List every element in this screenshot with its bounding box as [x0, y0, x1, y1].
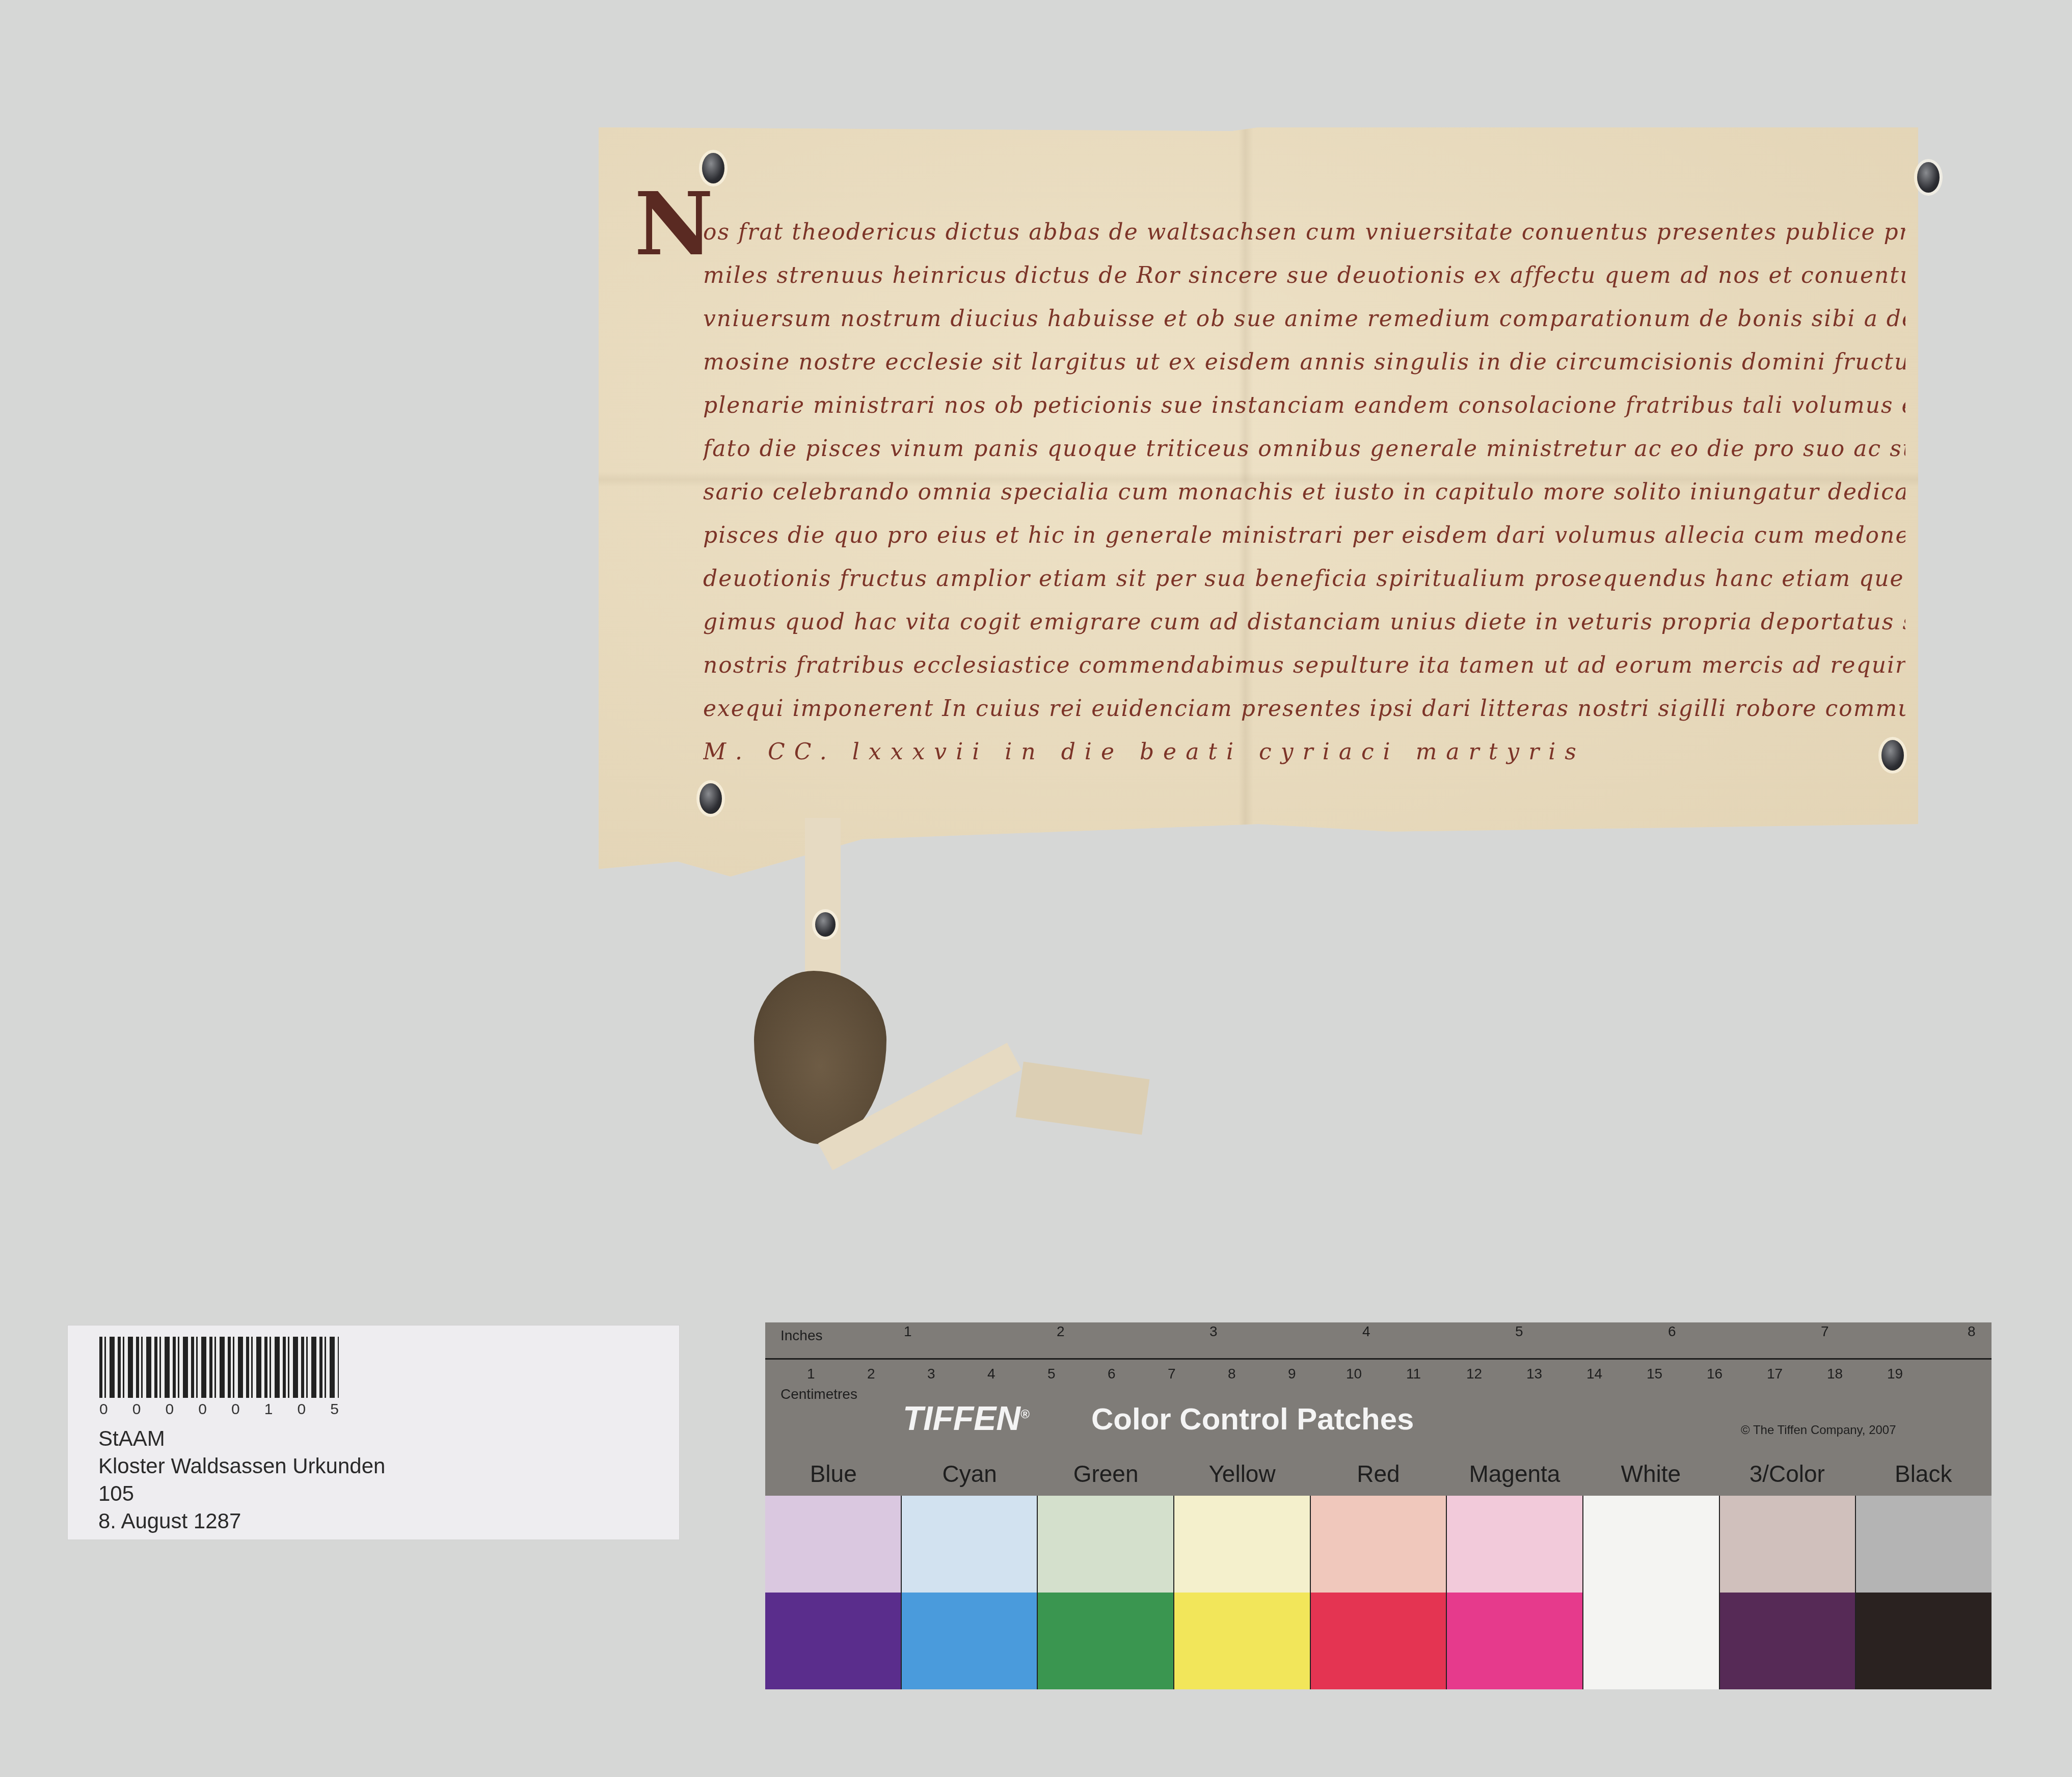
inch-tick-label: 6 [1668, 1323, 1676, 1340]
archive-label: 0 0 0 0 0 1 0 5 StAAM Kloster Waldsassen… [67, 1325, 680, 1540]
charter-line: vniuersum nostrum diucius habuisse et ob… [703, 306, 1905, 349]
cm-tick-label: 6 [1108, 1366, 1116, 1382]
cm-tick-label: 3 [927, 1366, 935, 1382]
patch-red [1311, 1496, 1447, 1689]
charter-line: plenarie ministrari nos ob peticionis su… [703, 392, 1905, 436]
cm-tick-label: 13 [1526, 1366, 1542, 1382]
patch-name: Green [1038, 1460, 1174, 1488]
archive-name: StAAM [98, 1425, 385, 1452]
charter-text: os frat theodericus dictus abbas de walt… [703, 219, 1905, 782]
charter-line: nostris fratribus ecclesiastice commenda… [703, 652, 1905, 696]
cm-tick-label: 15 [1647, 1366, 1662, 1382]
inch-tick-label: 1 [904, 1323, 912, 1340]
barcode [99, 1337, 339, 1398]
charter-line: mosine nostre ecclesie sit largitus ut e… [703, 349, 1905, 392]
patch-blue [765, 1496, 902, 1689]
document-number: 105 [98, 1480, 385, 1507]
patch-cyan [902, 1496, 1038, 1689]
cm-tick-label: 12 [1466, 1366, 1482, 1382]
chart-title: Color Control Patches [1091, 1401, 1414, 1437]
inch-tick-label: 8 [1968, 1323, 1976, 1340]
charter-line: fato die pisces vinum panis quoque triti… [703, 436, 1905, 479]
patch-name: Magenta [1446, 1460, 1582, 1488]
copyright: © The Tiffen Company, 2007 [1741, 1423, 1896, 1438]
cm-tick-label: 17 [1767, 1366, 1783, 1382]
patch-magenta [1447, 1496, 1583, 1689]
patch-name: Red [1310, 1460, 1446, 1488]
patch-name: Yellow [1174, 1460, 1310, 1488]
barcode-digit: 5 [330, 1401, 339, 1418]
cm-tick-label: 4 [987, 1366, 995, 1382]
cm-tick-label: 14 [1586, 1366, 1602, 1382]
illuminated-initial: N [634, 173, 713, 275]
seal-strap-fold [1016, 1062, 1150, 1135]
rivet-icon [1917, 162, 1940, 193]
document-date: 8. August 1287 [98, 1507, 385, 1535]
patch-name: Blue [765, 1460, 901, 1488]
charter-line: M. CC. lxxxvii in die beati cyriaci mart… [703, 739, 1905, 782]
patch-white [1583, 1496, 1720, 1689]
centimetres-label: Centimetres [781, 1386, 857, 1402]
inch-tick-label: 5 [1515, 1323, 1523, 1340]
barcode-digit: 0 [132, 1401, 141, 1418]
patch-name: Cyan [901, 1460, 1037, 1488]
inch-tick-label: 2 [1057, 1323, 1065, 1340]
cm-tick-label: 10 [1346, 1366, 1362, 1382]
rivet-icon [699, 783, 722, 814]
charter-line: pisces die quo pro eius et hic in genera… [703, 522, 1905, 566]
barcode-digit: 0 [166, 1401, 174, 1418]
cm-tick-label: 7 [1168, 1366, 1176, 1382]
cm-tick-label: 8 [1228, 1366, 1236, 1382]
cm-tick-label: 1 [807, 1366, 815, 1382]
cm-tick-label: 11 [1406, 1366, 1421, 1382]
inch-tick-label: 3 [1209, 1323, 1218, 1340]
patch-3color [1720, 1496, 1856, 1689]
patch-names: Blue Cyan Green Yellow Red Magenta White… [765, 1460, 1992, 1488]
cm-tick-label: 16 [1707, 1366, 1723, 1382]
barcode-digit: 0 [198, 1401, 207, 1418]
barcode-digit: 0 [298, 1401, 306, 1418]
barcode-digit: 0 [99, 1401, 108, 1418]
inch-tick-label: 7 [1821, 1323, 1829, 1340]
cm-tick-label: 18 [1827, 1366, 1843, 1382]
charter-line: miles strenuus heinricus dictus de Ror s… [703, 262, 1905, 306]
rivet-icon [815, 912, 836, 937]
patch-name: Black [1855, 1460, 1992, 1488]
cm-tick-label: 9 [1288, 1366, 1296, 1382]
patch-green [1038, 1496, 1174, 1689]
charter-line: sario celebrando omnia specialia cum mon… [703, 479, 1905, 522]
color-control-chart: Inches Centimetres 1 2 3 4 5 6 7 8 1 2 3… [765, 1322, 1992, 1689]
charter-line: exequi imponerent In cuius rei euidencia… [703, 696, 1905, 739]
color-patches [765, 1496, 1992, 1689]
inches-label: Inches [781, 1328, 823, 1344]
charter-line: gimus quod hac vita cogit emigrare cum a… [703, 609, 1905, 652]
patch-yellow [1174, 1496, 1311, 1689]
patch-name: White [1583, 1460, 1719, 1488]
cm-tick-label: 2 [867, 1366, 875, 1382]
barcode-number: 0 0 0 0 0 1 0 5 [99, 1401, 339, 1418]
charter-line: deuotionis fructus amplior etiam sit per… [703, 566, 1905, 609]
inch-tick-label: 4 [1362, 1323, 1370, 1340]
barcode-digit: 0 [231, 1401, 240, 1418]
charter-line: os frat theodericus dictus abbas de walt… [703, 219, 1905, 262]
collection-name: Kloster Waldsassen Urkunden [98, 1452, 385, 1480]
barcode-digit: 1 [264, 1401, 273, 1418]
patch-name: 3/Color [1719, 1460, 1855, 1488]
tiffen-logo: TIFFEN® [903, 1399, 1030, 1438]
ruler: Inches Centimetres 1 2 3 4 5 6 7 8 1 2 3… [765, 1322, 1992, 1496]
cm-tick-label: 5 [1047, 1366, 1056, 1382]
cm-tick-label: 19 [1887, 1366, 1903, 1382]
patch-black [1856, 1496, 1992, 1689]
